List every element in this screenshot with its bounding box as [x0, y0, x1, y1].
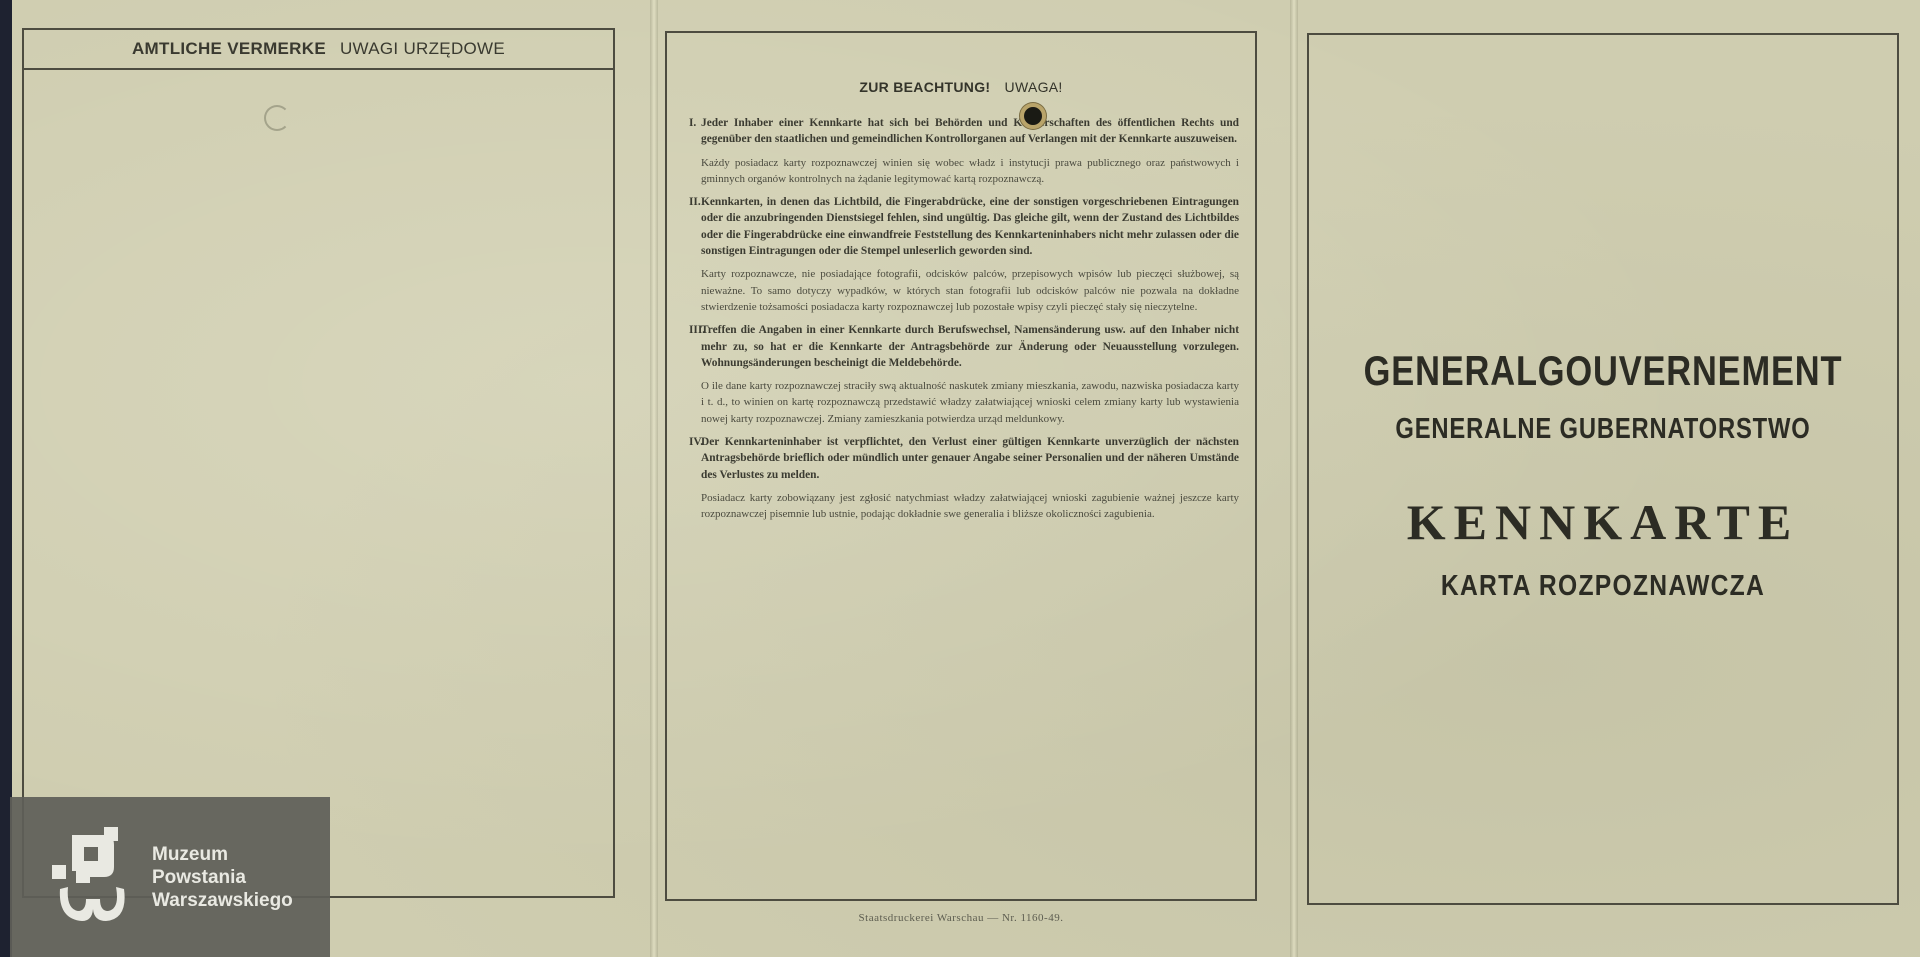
section-2-polish: Karty rozpoznawcze, nie posiadające foto…	[689, 266, 1239, 315]
section-2-german: II. Kennkarten, in denen das Lichtbild, …	[689, 194, 1239, 259]
fold-line-right	[1290, 0, 1298, 957]
cover-panel: GENERALGOUVERNEMENT GENERALNE GUBERNATOR…	[1307, 33, 1899, 905]
title-generalgouvernement: GENERALGOUVERNEMENT	[1362, 347, 1844, 395]
notice-panel: ZUR BEACHTUNG! UWAGA! I. Jeder Inhaber e…	[665, 31, 1257, 901]
museum-watermark: Muzeum Powstania Warszawskiego	[10, 797, 330, 957]
punch-hole-icon	[1020, 103, 1046, 129]
header-polish: UWAGI URZĘDOWE	[340, 39, 505, 59]
section-3-german: III. Treffen die Angaben in einer Kennka…	[689, 322, 1239, 371]
section-4-polish: Posiadacz karty zobowiązany jest zgłosić…	[689, 490, 1239, 523]
notice-title-german: ZUR BEACHTUNG!	[859, 79, 990, 95]
printer-note: Staatsdruckerei Warschau — Nr. 1160-49.	[665, 912, 1257, 924]
notice-title-polish: UWAGA!	[1005, 79, 1063, 95]
title-kennkarte: KENNKARTE	[1309, 493, 1897, 551]
notice-title: ZUR BEACHTUNG! UWAGA!	[667, 79, 1255, 95]
official-notes-header: AMTLICHE VERMERKE UWAGI URZĘDOWE	[24, 30, 613, 70]
section-4-german: IV. Der Kennkarteninhaber ist verpflicht…	[689, 434, 1239, 483]
museum-name-line1: Muzeum	[152, 843, 293, 866]
section-1-polish: Każdy posiadacz karty rozpoznawczej wini…	[689, 155, 1239, 188]
museum-name-line3: Warszawskiego	[152, 889, 293, 912]
section-1-german: I. Jeder Inhaber einer Kennkarte hat sic…	[689, 115, 1239, 148]
title-karta-rozpoznawcza: KARTA ROZPOZNAWCZA	[1353, 570, 1853, 603]
kotwica-anchor-logo-icon	[48, 827, 138, 927]
header-german: AMTLICHE VERMERKE	[132, 39, 326, 59]
official-notes-panel: AMTLICHE VERMERKE UWAGI URZĘDOWE	[22, 28, 615, 898]
section-3-polish: O ile dane karty rozpoznawczej straciły …	[689, 378, 1239, 427]
museum-name-line2: Powstania	[152, 866, 293, 889]
fold-line-left	[650, 0, 658, 957]
punch-mark-icon	[264, 105, 290, 131]
notice-body: I. Jeder Inhaber einer Kennkarte hat sic…	[689, 115, 1239, 530]
title-generalne-gubernatorstwo: GENERALNE GUBERNATORSTWO	[1362, 413, 1844, 446]
museum-name: Muzeum Powstania Warszawskiego	[152, 843, 293, 912]
